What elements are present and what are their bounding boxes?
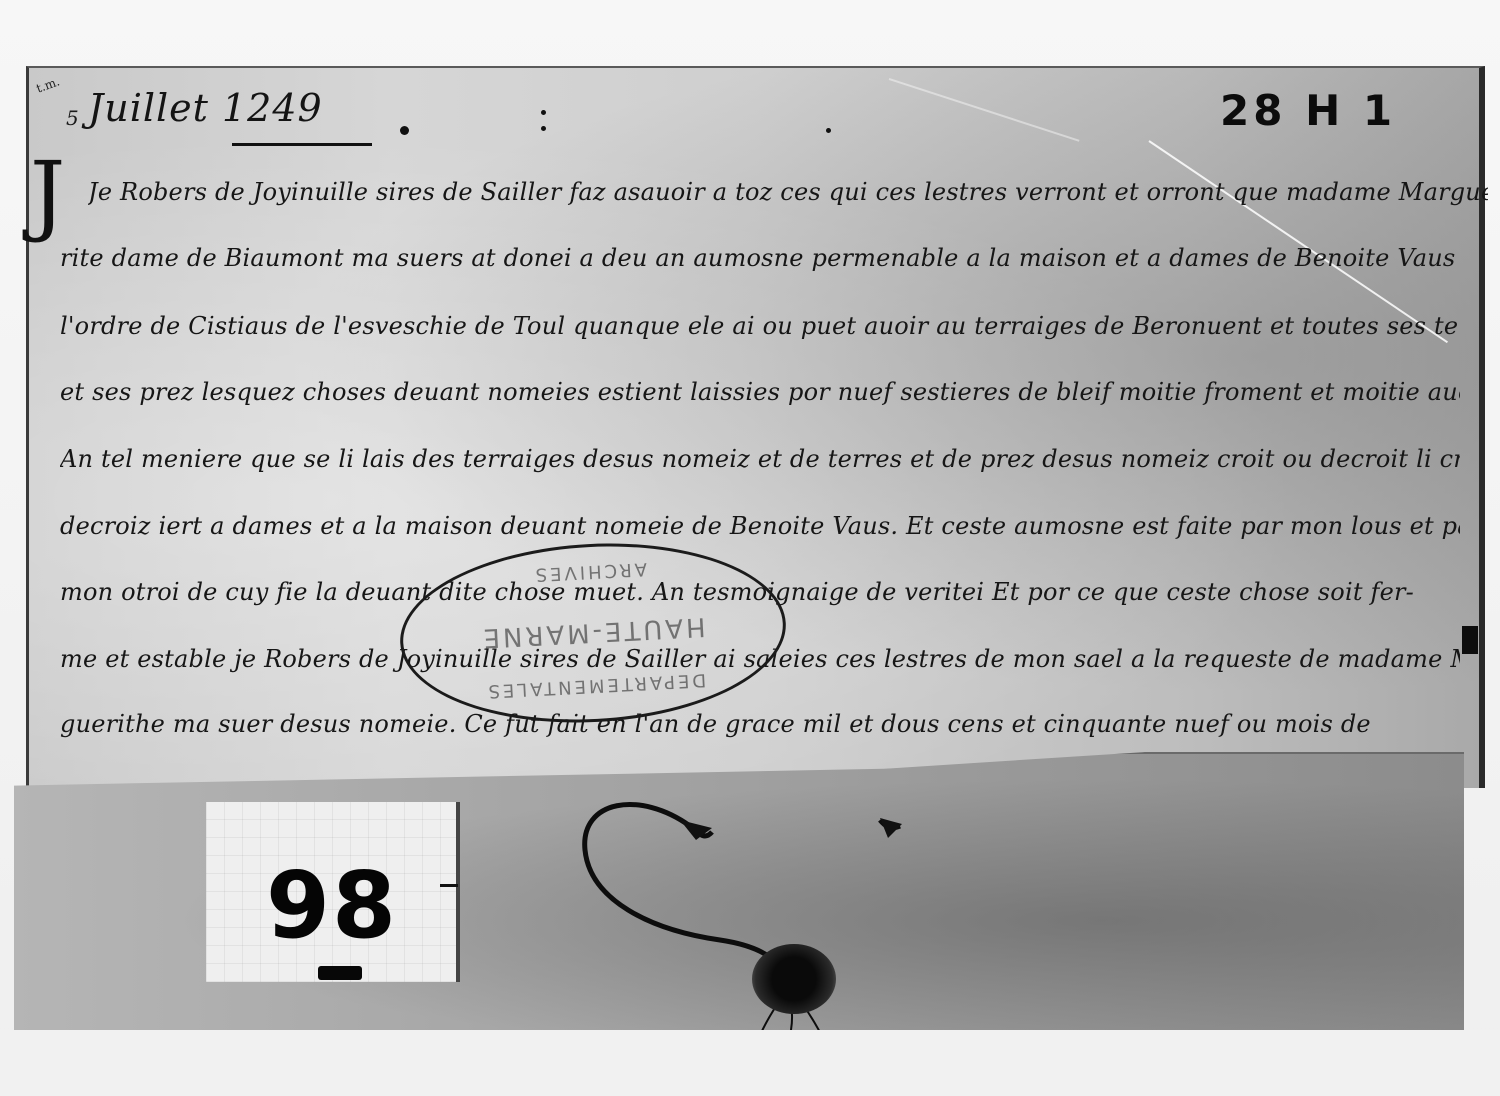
photo-bottom-margin [0, 1030, 1500, 1096]
seal-cord-knot [752, 944, 836, 1014]
seal-cords [0, 0, 1500, 1096]
